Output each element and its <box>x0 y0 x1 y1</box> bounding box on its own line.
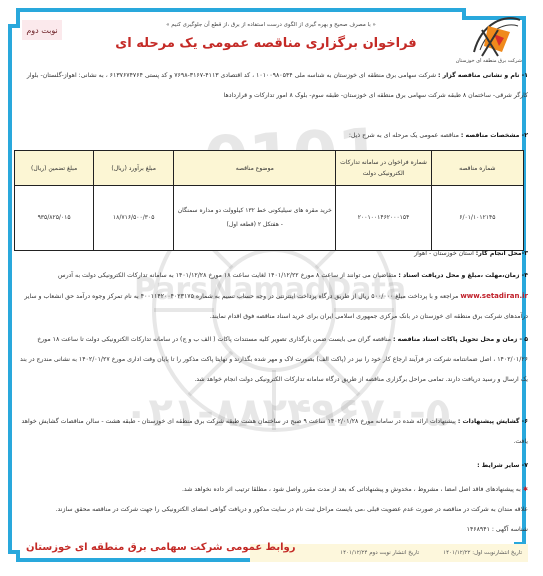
section-6: ۶- گشایش پیشنهادات : پیشنهادات ارائه شده… <box>14 412 528 452</box>
bullet-icon: ✱ <box>523 486 528 493</box>
cell-estimate: ۱۸/۷۱۶/۵۰۰/۳۰۵ <box>94 186 174 251</box>
logo-caption: شرکت برق منطقه ای خوزستان <box>456 58 522 64</box>
public-relations-signature: روابط عمومی شرکت سهامی برق منطقه ای خوزس… <box>26 542 296 553</box>
section-4-label: ۴- زمان،مهلت ،مبلغ و محل دریافت اسناد : <box>398 272 528 279</box>
section-2-text: مناقصه عمومی یک مرحله ای به شرح ذیل: <box>349 132 459 139</box>
second-publish-date: تاریخ انتشار نوبت دوم ۱۴۰۱/۱۲/۲۴ <box>340 550 419 556</box>
table-header-row: شماره مناقصه شماره فراخوان در سامانه تدا… <box>15 151 524 186</box>
section-2: ۲- مشخصات مناقصه : مناقصه عمومی یک مرحله… <box>14 126 528 146</box>
section-7-bullet-text: به پیشنهادهای فاقد اصل امضا ، مشروط ، مخ… <box>182 486 521 493</box>
section-5-label: ۵ - زمان و محل تحویل پاکات اسناد مناقصه … <box>393 336 528 343</box>
section-5-text: مناقصه گران می بایست ضمن بارگذاری تصویر … <box>20 336 528 383</box>
notice-title: فراخوان برگزاری مناقصه عمومی یک مرحله ای <box>74 36 458 51</box>
section-7-label: ۷- سایر شرایط : <box>477 462 528 469</box>
section-5: ۵ - زمان و محل تحویل پاکات اسناد مناقصه … <box>14 330 528 390</box>
section-7-bullet: ✱ به پیشنهادهای فاقد اصل امضا ، مشروط ، … <box>14 480 528 500</box>
ad-id-text: شناسه آگهی : ۱۴۶۸۹۴۱ <box>467 526 528 533</box>
header-guarantee: مبلغ تضمین (ریال) <box>15 151 94 186</box>
section-4-text-b: مراجعه و با پرداخت مبلغ ۵۰۰/۰۰۰ ریال از … <box>24 293 528 320</box>
section-1-label: ۱- نام و نشانی مناقصه گزار : <box>438 72 528 79</box>
section-6-text: پیشنهادات ارائه شده در سامانه مورخ ۱۴۰۲/… <box>22 418 529 445</box>
section-1: ۱- نام و نشانی مناقصه گزار : شرکت سهامی … <box>14 66 528 106</box>
section-7-note-text: علاقه مندان به شرکت در مناقصه در صورت عد… <box>56 506 528 513</box>
cell-guarantee: ۹۳۵/۸۲۵/۰۱۵ <box>15 186 94 251</box>
tender-notice: 0101 ParsNamadData ۰۲۱-۸۸۲۴۹۶۷۰-۵ نوبت د… <box>14 10 528 562</box>
logo-icon <box>464 12 524 58</box>
header-subject: موضوع مناقصه <box>174 151 336 186</box>
cell-setad-number: ۲۰۰۱۰۰۱۴۶۲۰۰۰۱۵۴ <box>336 186 431 251</box>
header-estimate: مبلغ برآورد (ریال) <box>94 151 174 186</box>
section-7-note: علاقه مندان به شرکت در مناقصه در صورت عد… <box>14 500 528 520</box>
cell-subject: خرید مقره های سیلیکونی خط ۱۳۲ کیلوولت دو… <box>174 186 336 251</box>
section-3: ۳-محل انجام کار: استان خوزستان - اهواز <box>14 244 528 264</box>
second-publication-badge: نوبت دوم <box>22 20 62 40</box>
tender-table: شماره مناقصه شماره فراخوان در سامانه تدا… <box>14 150 524 251</box>
setadiran-link[interactable]: www.setadiran.ir <box>460 292 528 300</box>
section-4: ۴- زمان،مهلت ،مبلغ و محل دریافت اسناد : … <box>14 266 528 327</box>
header-tender-number: شماره مناقصه <box>431 151 523 186</box>
ad-id: شناسه آگهی : ۱۴۶۸۹۴۱ <box>14 520 528 540</box>
section-4-text-a: متقاضیان می توانند از ساعت ۸ مورخ ۱۴۰۱/۱… <box>58 272 396 279</box>
section-3-label: ۳-محل انجام کار: <box>476 250 528 257</box>
table-row: ۶/۰۱/۱۰۱۲۱۴۵ ۲۰۰۱۰۰۱۴۶۲۰۰۰۱۵۴ خرید مقره … <box>15 186 524 251</box>
slogan: « با مصرف صحیح و بهره گیری از الگوی درست… <box>84 22 458 28</box>
section-2-label: ۲- مشخصات مناقصه : <box>461 132 528 139</box>
first-publish-date: تاریخ انتشارنوبت اول: ۱۴۰۱/۱۲/۲۲ <box>443 550 522 556</box>
section-3-text: استان خوزستان - اهواز <box>414 250 474 257</box>
header-setad-number: شماره فراخوان در سامانه تدارکات الکترونی… <box>336 151 431 186</box>
section-6-label: ۶- گشایش پیشنهادات : <box>458 418 528 425</box>
section-7: ۷- سایر شرایط : <box>14 456 528 476</box>
cell-tender-number: ۶/۰۱/۱۰۱۲۱۴۵ <box>431 186 523 251</box>
